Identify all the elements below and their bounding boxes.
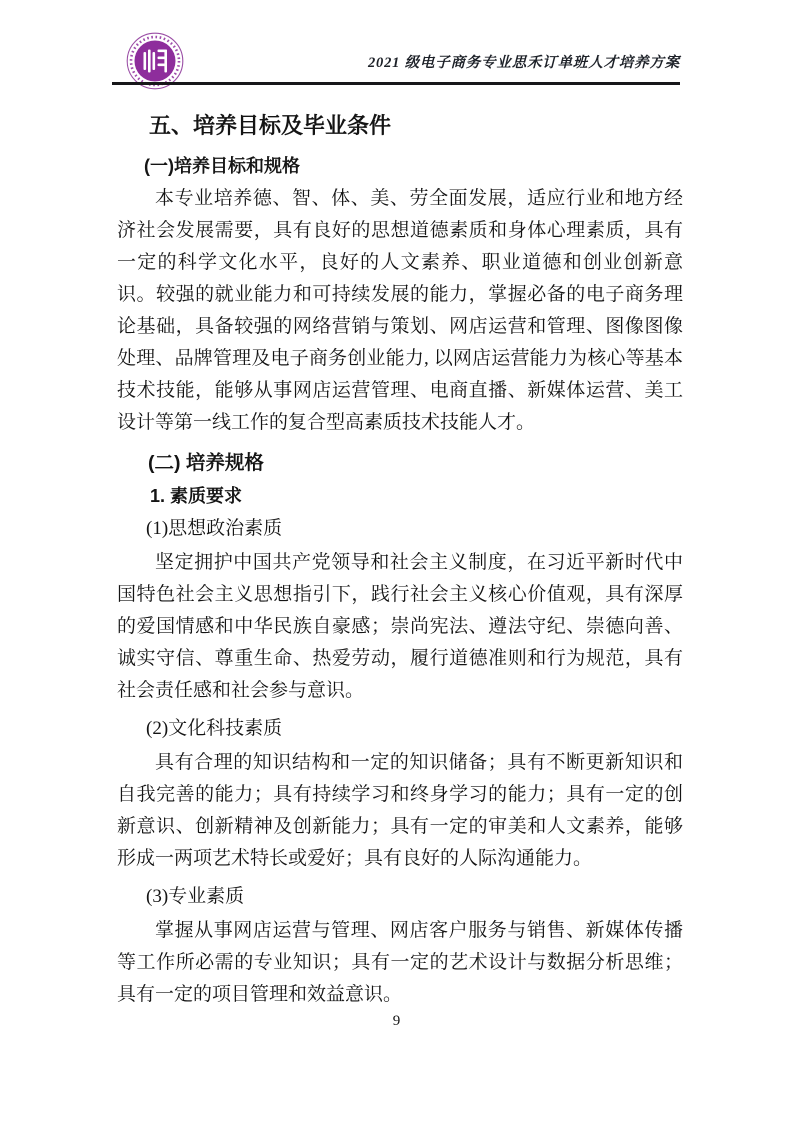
header-document-title: 2021 级电子商务专业思禾订单班人才培养方案 xyxy=(368,51,680,72)
section-1-paragraph: 本专业培养德、智、体、美、劳全面发展，适应行业和地方经济社会发展需要，具有良好的… xyxy=(117,183,683,439)
section-2-heading: (二) 培养规格 xyxy=(148,451,683,475)
header-rule xyxy=(112,82,680,85)
quality-item-3-label: (3)专业素质 xyxy=(146,885,683,909)
quality-item-3-paragraph: 掌握从事网店运营与管理、网店客户服务与销售、新媒体传播等工作所必需的专业知识；具… xyxy=(117,915,683,1011)
document-page: 2021 级电子商务专业思禾订单班人才培养方案 五、培养目标及毕业条件 (一)培… xyxy=(0,0,793,1122)
quality-item-2-label: (2)文化科技素质 xyxy=(146,717,683,741)
quality-item-2-paragraph: 具有合理的知识结构和一定的知识储备；具有不断更新知识和自我完善的能力；具有持续学… xyxy=(117,747,683,875)
document-body: 五、培养目标及毕业条件 (一)培养目标和规格 本专业培养德、智、体、美、劳全面发… xyxy=(117,105,683,1011)
chapter-heading: 五、培养目标及毕业条件 xyxy=(149,113,683,139)
quality-item-1-paragraph: 坚定拥护中国共产党领导和社会主义制度，在习近平新时代中国特色社会主义思想指引下，… xyxy=(117,547,683,707)
quality-item-1-label: (1)思想政治素质 xyxy=(146,517,683,541)
page-number: 9 xyxy=(0,1013,793,1030)
quality-requirements-heading: 1. 素质要求 xyxy=(150,485,683,507)
section-1-heading: (一)培养目标和规格 xyxy=(144,155,683,177)
